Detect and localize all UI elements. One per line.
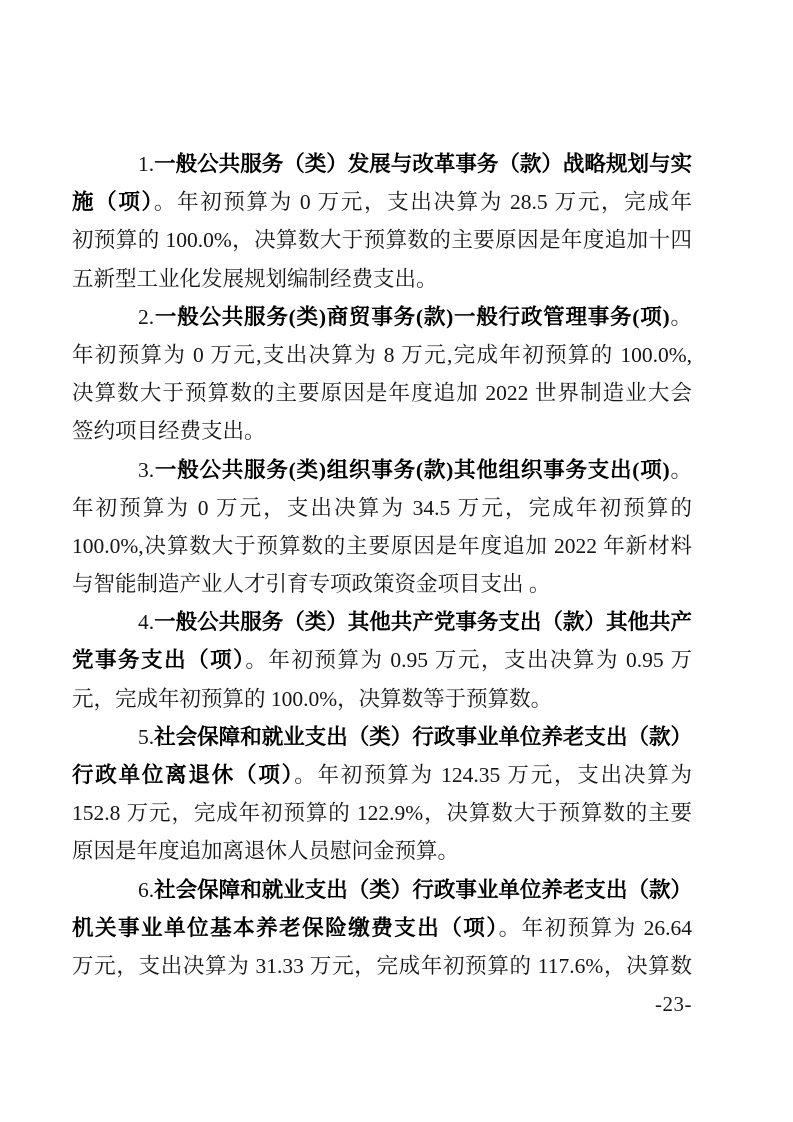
body-text: 6. — [138, 878, 154, 902]
body-text: 。年初预算为 124.35 万元，支出决算为 — [294, 763, 692, 787]
text-line: 签约项目经费支出。 — [72, 412, 692, 450]
item-title-text: 机关事业单位基本养老保险缴费支出（项） — [72, 916, 499, 940]
text-line: 4.一般公共服务（类）其他共产党事务支出（款）其他共产 — [72, 603, 692, 641]
text-line: 决算数大于预算数的主要原因是年度追加 2022 世界制造业大会 — [72, 374, 692, 412]
item-title-text: 党事务支出（项） — [72, 648, 245, 672]
paragraph-5: 5.社会保障和就业支出（类）行政事业单位养老支出（款）行政单位离退休（项）。年初… — [72, 718, 692, 871]
text-line: 1.一般公共服务（类）发展与改革事务（款）战略规划与实 — [72, 145, 692, 183]
text-line: 初预算的 100.0%，决算数大于预算数的主要原因是年度追加十四 — [72, 221, 692, 259]
text-line: 原因是年度追加离退休人员慰问金预算。 — [72, 832, 692, 870]
text-line: 万元，支出决算为 31.33 万元，完成年初预算的 117.6%，决算数 — [72, 947, 692, 985]
paragraph-1: 1.一般公共服务（类）发展与改革事务（款）战略规划与实施（项）。年初预算为 0 … — [72, 145, 692, 298]
text-line: 152.8 万元，完成年初预算的 122.9%，决算数大于预算数的主要 — [72, 794, 692, 832]
text-line: 施（项）。年初预算为 0 万元，支出决算为 28.5 万元，完成年 — [72, 183, 692, 221]
body-text: 初预算的 100.0%，决算数大于预算数的主要原因是年度追加十四 — [72, 228, 692, 252]
body-text: 。年初预算为 0 万元，支出决算为 28.5 万元，完成年 — [154, 190, 692, 214]
page-number: -23- — [655, 992, 692, 1017]
text-line: 机关事业单位基本养老保险缴费支出（项）。年初预算为 26.64 — [72, 909, 692, 947]
text-line: 年初预算为 0 万元，支出决算为 34.5 万元，完成年初预算的 — [72, 489, 692, 527]
item-title-text: 一般公共服务（类）其他共产党事务支出（款）其他共产 — [154, 610, 692, 634]
body-text: 。年初预算为 26.64 — [499, 916, 692, 940]
item-title-text: 一般公共服务(类)商贸事务(款)一般行政管理事务(项) — [154, 305, 670, 329]
text-line: 行政单位离退休（项）。年初预算为 124.35 万元，支出决算为 — [72, 756, 692, 794]
text-line: 6.社会保障和就业支出（类）行政事业单位养老支出（款） — [72, 871, 692, 909]
body-text: 原因是年度追加离退休人员慰问金预算。 — [72, 839, 459, 863]
text-line: 2.一般公共服务(类)商贸事务(款)一般行政管理事务(项)。 — [72, 298, 692, 336]
body-text: 。 — [670, 458, 692, 482]
body-text: 万元，支出决算为 31.33 万元，完成年初预算的 117.6%，决算数 — [72, 954, 692, 978]
paragraph-4: 4.一般公共服务（类）其他共产党事务支出（款）其他共产党事务支出（项）。年初预算… — [72, 603, 692, 718]
body-text: 年初预算为 0 万元,支出决算为 8 万元,完成年初预算的 100.0%, — [72, 343, 692, 367]
text-line: 五新型工业化发展规划编制经费支出。 — [72, 260, 692, 298]
body-text: 五新型工业化发展规划编制经费支出。 — [72, 267, 438, 291]
body-text: 152.8 万元，完成年初预算的 122.9%，决算数大于预算数的主要 — [72, 801, 692, 825]
item-title-text: 施（项） — [72, 190, 154, 214]
text-line: 元，完成年初预算的 100.0%，决算数等于预算数。 — [72, 680, 692, 718]
item-title-text: 一般公共服务（类）发展与改革事务（款）战略规划与实 — [154, 152, 692, 176]
body-text: 签约项目经费支出。 — [72, 419, 266, 443]
body-text: 元，完成年初预算的 100.0%，决算数等于预算数。 — [72, 687, 552, 711]
text-line: 5.社会保障和就业支出（类）行政事业单位养老支出（款） — [72, 718, 692, 756]
text-line: 年初预算为 0 万元,支出决算为 8 万元,完成年初预算的 100.0%, — [72, 336, 692, 374]
body-text: 1. — [138, 152, 154, 176]
text-line: 3.一般公共服务(类)组织事务(款)其他组织事务支出(项)。 — [72, 451, 692, 489]
body-text: 。年初预算为 0.95 万元，支出决算为 0.95 万 — [245, 648, 692, 672]
body-text: 3. — [138, 458, 154, 482]
paragraph-2: 2.一般公共服务(类)商贸事务(款)一般行政管理事务(项)。年初预算为 0 万元… — [72, 298, 692, 451]
document-body: 1.一般公共服务（类）发展与改革事务（款）战略规划与实施（项）。年初预算为 0 … — [72, 145, 692, 985]
body-text: 5. — [138, 725, 154, 749]
item-title-text: 一般公共服务(类)组织事务(款)其他组织事务支出(项) — [154, 458, 670, 482]
document-page: 1.一般公共服务（类）发展与改革事务（款）战略规划与实施（项）。年初预算为 0 … — [0, 0, 793, 1122]
item-title-text: 行政单位离退休（项） — [72, 763, 294, 787]
paragraph-6: 6.社会保障和就业支出（类）行政事业单位养老支出（款）机关事业单位基本养老保险缴… — [72, 871, 692, 986]
text-line: 与智能制造产业人才引育专项政策资金项目支出 。 — [72, 565, 692, 603]
item-title-text: 社会保障和就业支出（类）行政事业单位养老支出（款） — [154, 725, 692, 749]
body-text: 2. — [138, 305, 154, 329]
text-line: 党事务支出（项）。年初预算为 0.95 万元，支出决算为 0.95 万 — [72, 641, 692, 679]
body-text: 。 — [670, 305, 692, 329]
body-text: 决算数大于预算数的主要原因是年度追加 2022 世界制造业大会 — [72, 381, 692, 405]
item-title-text: 社会保障和就业支出（类）行政事业单位养老支出（款） — [154, 878, 692, 902]
body-text: 与智能制造产业人才引育专项政策资金项目支出 。 — [72, 572, 550, 596]
paragraph-3: 3.一般公共服务(类)组织事务(款)其他组织事务支出(项)。年初预算为 0 万元… — [72, 451, 692, 604]
body-text: 年初预算为 0 万元，支出决算为 34.5 万元，完成年初预算的 — [72, 496, 692, 520]
text-line: 100.0%,决算数大于预算数的主要原因是年度追加 2022 年新材料 — [72, 527, 692, 565]
body-text: 4. — [138, 610, 154, 634]
body-text: 100.0%,决算数大于预算数的主要原因是年度追加 2022 年新材料 — [72, 534, 692, 558]
